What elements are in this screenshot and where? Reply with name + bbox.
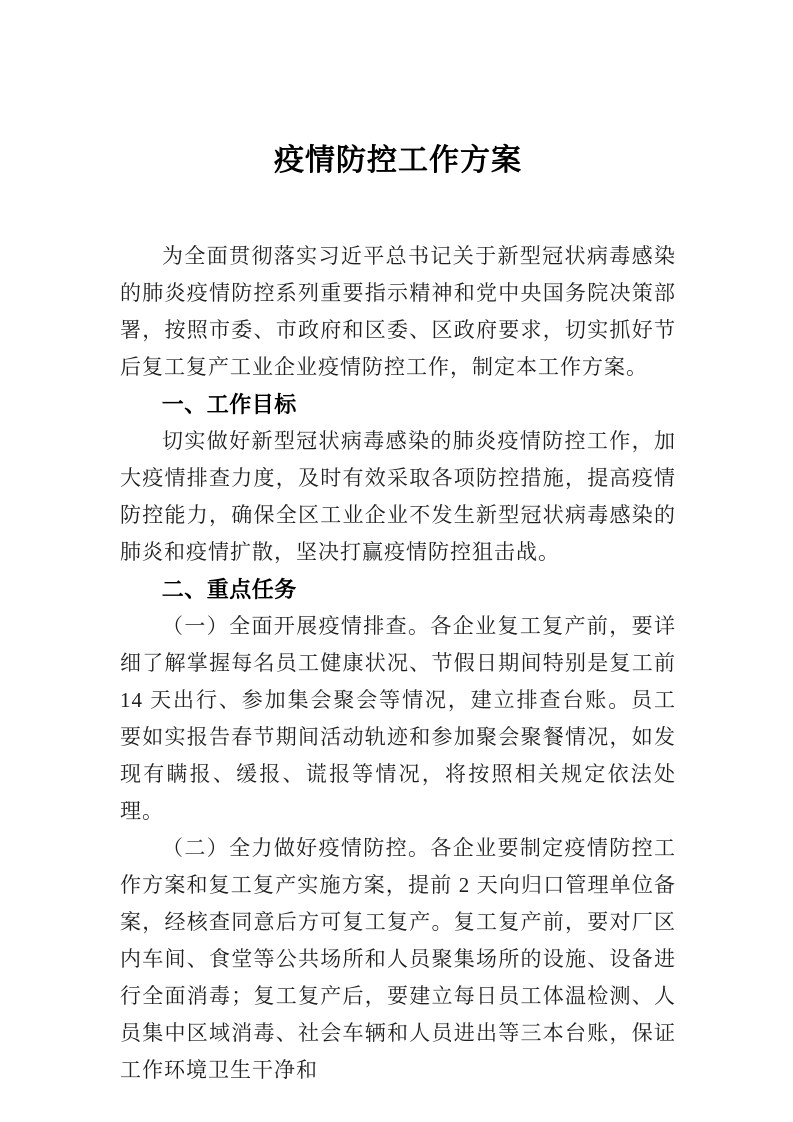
body-paragraph: （一）全面开展疫情排查。各企业复工复产前，要详细了解掌握每名员工健康状况、节假日…	[120, 608, 676, 830]
section-heading: 二、重点任务	[120, 571, 676, 608]
document-page: 疫情防控工作方案 为全面贯彻落实习近平总书记关于新型冠状病毒感染的肺炎疫情防控系…	[0, 0, 793, 1122]
body-paragraph: 为全面贯彻落实习近平总书记关于新型冠状病毒感染的肺炎疫情防控系列重要指示精神和党…	[120, 238, 676, 386]
document-content: 疫情防控工作方案 为全面贯彻落实习近平总书记关于新型冠状病毒感染的肺炎疫情防控系…	[0, 0, 793, 1089]
document-sections: 为全面贯彻落实习近平总书记关于新型冠状病毒感染的肺炎疫情防控系列重要指示精神和党…	[120, 238, 676, 1089]
body-paragraph: 切实做好新型冠状病毒感染的肺炎疫情防控工作，加大疫情排查力度，及时有效采取各项防…	[120, 423, 676, 571]
body-paragraph: （二）全力做好疫情防控。各企业要制定疫情防控工作方案和复工复产实施方案，提前 2…	[120, 830, 676, 1089]
document-title: 疫情防控工作方案	[120, 140, 676, 182]
section-heading: 一、工作目标	[120, 386, 676, 423]
